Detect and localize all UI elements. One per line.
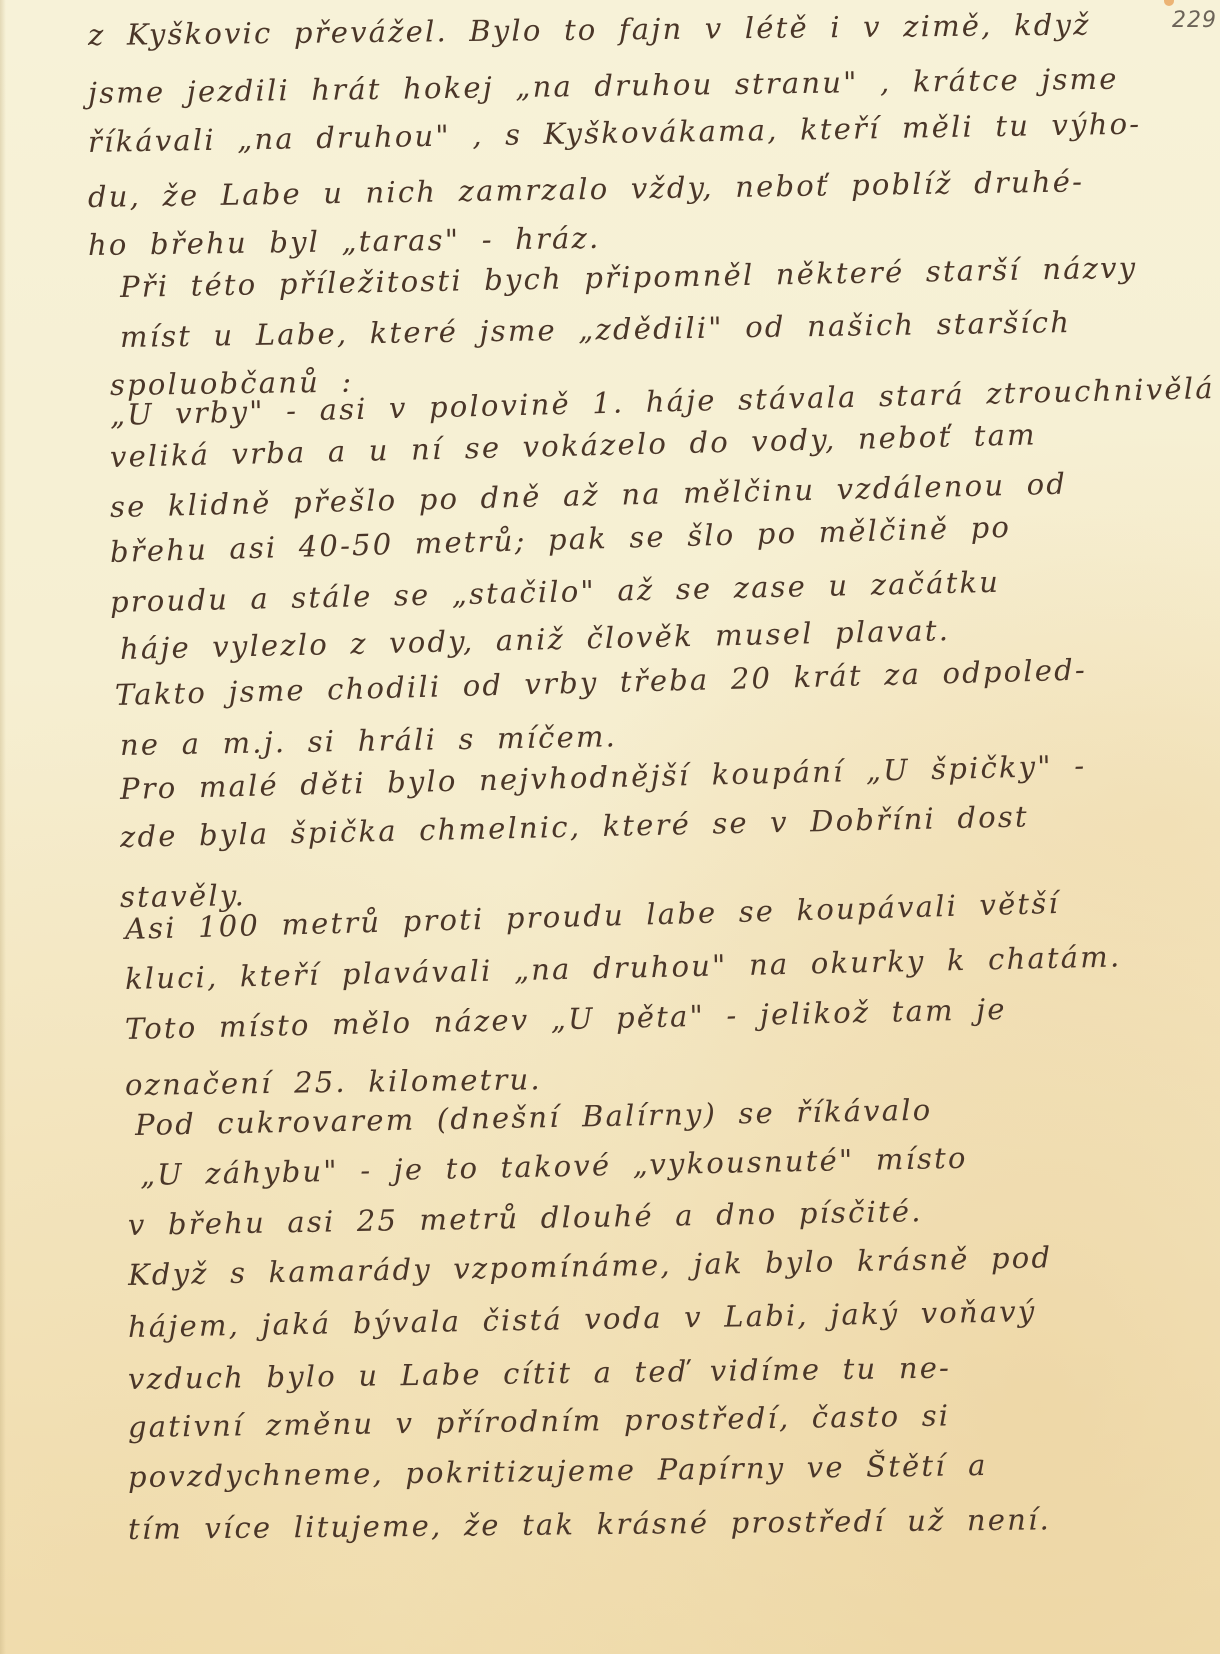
text-line: gativní změnu v přírodním prostředí, čas…: [128, 1399, 951, 1444]
text-line: ho břehu byl „taras" - hráz.: [88, 221, 601, 262]
text-line: du, že Labe u nich zamrzalo vždy, neboť …: [88, 164, 1085, 214]
text-line: z Kyškovic převážel. Bylo to fajn v létě…: [88, 8, 1091, 52]
text-line: Když s kamarády vzpomínáme, jak bylo krá…: [128, 1240, 1053, 1292]
text-line: říkávali „na druhou" , s Kyškovákama, kt…: [88, 107, 1142, 159]
text-line: míst u Labe, které jsme „zdědili" od naš…: [120, 305, 1072, 354]
text-line: kluci, kteří plavávali „na druhou" na ok…: [125, 939, 1122, 996]
text-line: jsme jezdili hrát hokej „na druhou stran…: [88, 62, 1119, 110]
text-line: tím více litujeme, že tak krásné prostře…: [128, 1502, 1051, 1546]
text-line: označení 25. kilometru.: [125, 1062, 542, 1102]
text-line: Toto místo mělo název „U pěta" - jelikož…: [125, 992, 1007, 1046]
text-line: vzduch bylo u Labe cítit a teď vidíme tu…: [128, 1351, 952, 1396]
text-line: proudu a stále se „stačilo" až se zase u…: [110, 565, 1001, 619]
text-line: „U záhybu" - je to takové „vykousnuté" m…: [140, 1141, 968, 1192]
text-line: ne a m.j. si hráli s míčem.: [120, 719, 618, 762]
text-line: hájem, jaká bývala čistá voda v Labi, ja…: [128, 1294, 1037, 1344]
text-line: v břehu asi 25 metrů dlouhé a dno písčit…: [128, 1194, 923, 1242]
page-number: 229: [1172, 8, 1217, 33]
text-line: zde byla špička chmelnic, které se v Dob…: [120, 799, 1029, 854]
text-line: povzdychneme, pokritizujeme Papírny ve Š…: [128, 1448, 988, 1494]
text-line: háje vylezlo z vody, aniž člověk musel p…: [120, 613, 951, 666]
paper-stain: [1164, 0, 1174, 6]
page-edge-shadow: [0, 0, 6, 1654]
text-line: Asi 100 metrů proti proudu labe se koupá…: [125, 886, 1061, 946]
document-page: 229 z Kyškovic převážel. Bylo to fajn v …: [0, 0, 1220, 1654]
